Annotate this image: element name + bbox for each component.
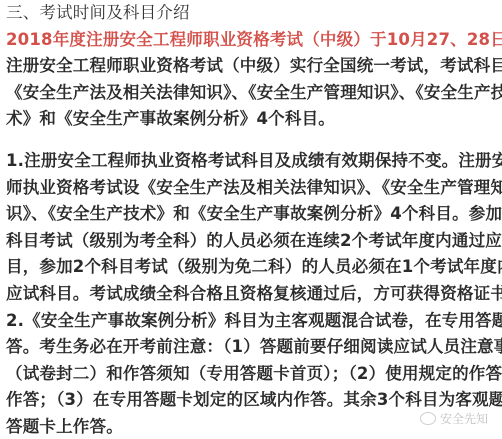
intro-paragraph: 注册安全工程师职业资格考试（中级）实行全国统一考试，考试科目分为： 《安全生产法… <box>6 53 498 133</box>
point-1-paragraph: 1.注册安全工程师执业资格考试科目及成绩有效期保持不变。注册安全工程 师执业资格… <box>6 148 498 308</box>
watermark: 安全先知 <box>420 410 488 427</box>
article-body: 三、考试时间及科目介绍 2018年度注册安全工程师职业资格考试（中级）于10月2… <box>6 0 498 439</box>
text-line: 2.《安全生产事故案例分析》科目为主客观题混合试卷，在专用答题卡上作 <box>6 308 498 335</box>
text-line: 答。考生务必在开考前注意：（1）答题前要仔细阅读应试人员注意事项 <box>6 334 498 361</box>
text-line: 师执业资格考试设《安全生产法及相关法律知识》、《安全生产管理知 <box>6 175 498 202</box>
section-heading: 三、考试时间及科目介绍 <box>6 0 498 27</box>
text-line: 识》、《安全生产技术》和《安全生产事故案例分析》4个科目。参加4个 <box>6 201 498 228</box>
paragraph-gap <box>6 133 498 148</box>
watermark-text: 安全先知 <box>440 410 488 427</box>
exam-date-highlight: 2018年度注册安全工程师职业资格考试（中级）于10月27、28日举行。 <box>6 27 498 54</box>
text-line: （试卷封二）和作答须知（专用答题卡首页）；（2）使用规定的作答工具 <box>6 361 498 388</box>
wechat-icon <box>420 412 436 425</box>
text-line: 注册安全工程师职业资格考试（中级）实行全国统一考试，考试科目分为： <box>6 53 498 80</box>
text-line: 应试科目。考试成绩全科合格且资格复核通过后，方可获得资格证书。 <box>6 281 498 308</box>
text-line: 术》和《安全生产事故案例分析》4个科目。 <box>6 106 498 133</box>
text-line: 《安全生产法及相关法律知识》、《安全生产管理知识》、《安全生产技 <box>6 80 498 107</box>
text-line: 目，参加2个科目考试（级别为免二科）的人员必须在1个考试年度内通过 <box>6 254 498 281</box>
text-line: 1.注册安全工程师执业资格考试科目及成绩有效期保持不变。注册安全工程 <box>6 148 498 175</box>
text-line: 科目考试（级别为考全科）的人员必须在连续2个考试年度内通过应试科 <box>6 228 498 255</box>
